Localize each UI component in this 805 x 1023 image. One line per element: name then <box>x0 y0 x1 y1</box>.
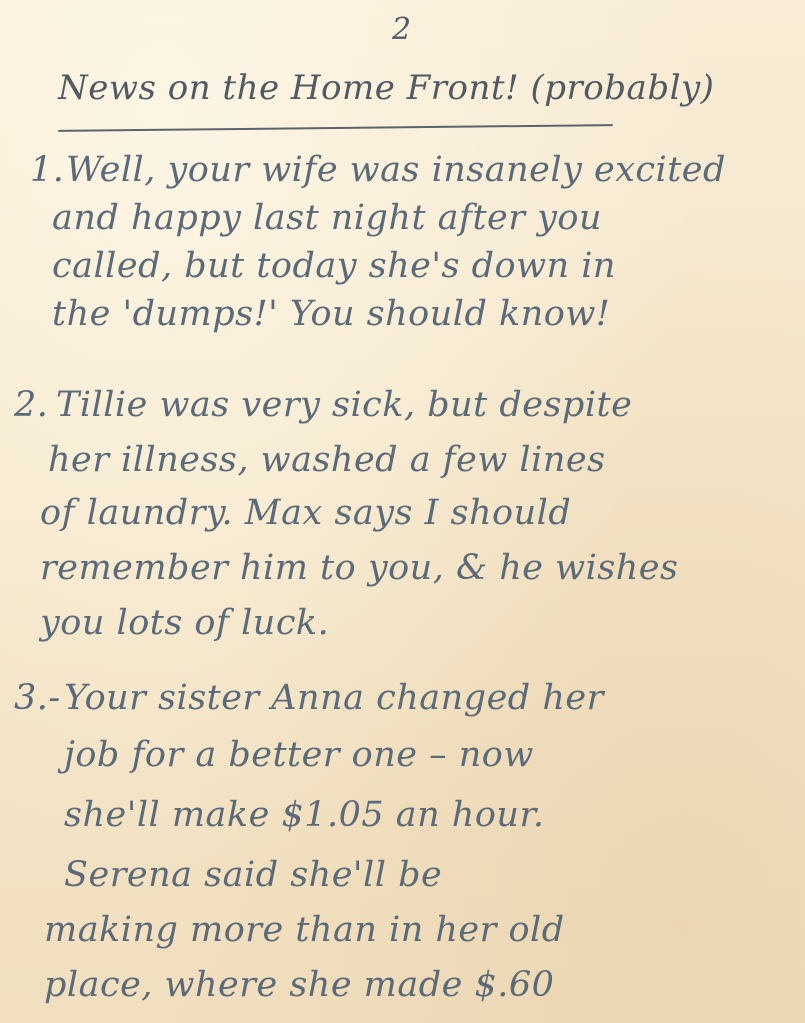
item-3-line-2: job for a better one – now <box>64 735 534 775</box>
item-1-line-4: the 'dumps!' You should know! <box>52 294 610 334</box>
item-3-number: 3.- <box>14 678 61 718</box>
item-2-line-2: her illness, washed a few lines <box>48 440 606 480</box>
item-2-line-3: of laundry. Max says I should <box>40 493 571 533</box>
item-1-line-3: called, but today she's down in <box>52 246 616 286</box>
item-2-line-5: you lots of luck. <box>40 603 329 643</box>
item-3-line-6: place, where she made $.60 <box>44 965 554 1005</box>
item-1-line-1: Well, your wife was insanely excited <box>66 150 726 190</box>
item-3-line-4: Serena said she'll be <box>64 855 442 895</box>
item-3-line-3: she'll make $1.05 an hour. <box>64 795 544 835</box>
item-3-line-5: making more than in her old <box>44 910 565 950</box>
letter-title: News on the Home Front! (probably) <box>58 68 714 108</box>
page-number: 2 <box>392 12 412 47</box>
item-2-line-1: Tillie was very sick, but despite <box>56 385 632 425</box>
item-2-line-4: remember him to you, & he wishes <box>40 548 678 588</box>
item-3-line-1: Your sister Anna changed her <box>64 678 604 718</box>
letter-page: 2 News on the Home Front! (probably) 1. … <box>0 0 805 1023</box>
item-1-number: 1. <box>30 150 64 190</box>
item-1-line-2: and happy last night after you <box>52 198 602 238</box>
title-underline <box>58 124 613 132</box>
item-2-number: 2. <box>14 385 48 425</box>
